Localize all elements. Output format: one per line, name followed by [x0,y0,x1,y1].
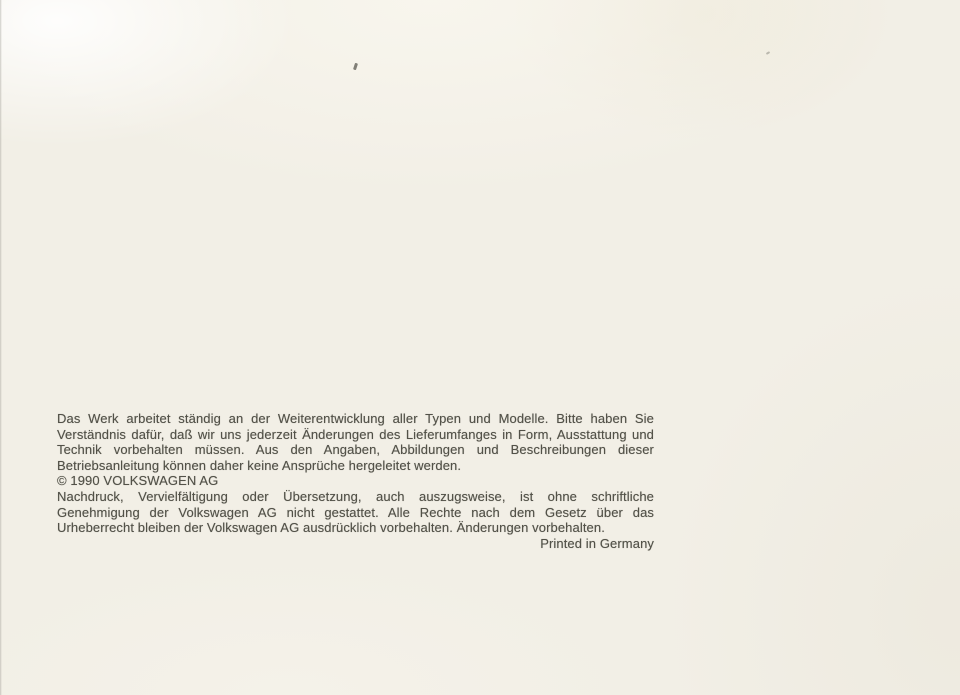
scanned-manual-page: Das Werk arbeitet ständig an der Weitere… [0,0,960,695]
printed-in-germany: Printed in Germany [57,536,654,552]
disclaimer-paragraph: Das Werk arbeitet ständig an der Weitere… [57,411,654,473]
scan-edge-line [0,0,2,695]
imprint-text-block: Das Werk arbeitet ständig an der Weitere… [57,411,654,551]
paper-speck [353,63,358,71]
rights-paragraph: Nachdruck, Vervielfältigung oder Überset… [57,489,654,536]
copyright-line: © 1990 VOLKSWAGEN AG [57,473,654,489]
paper-speck-small [766,51,770,55]
